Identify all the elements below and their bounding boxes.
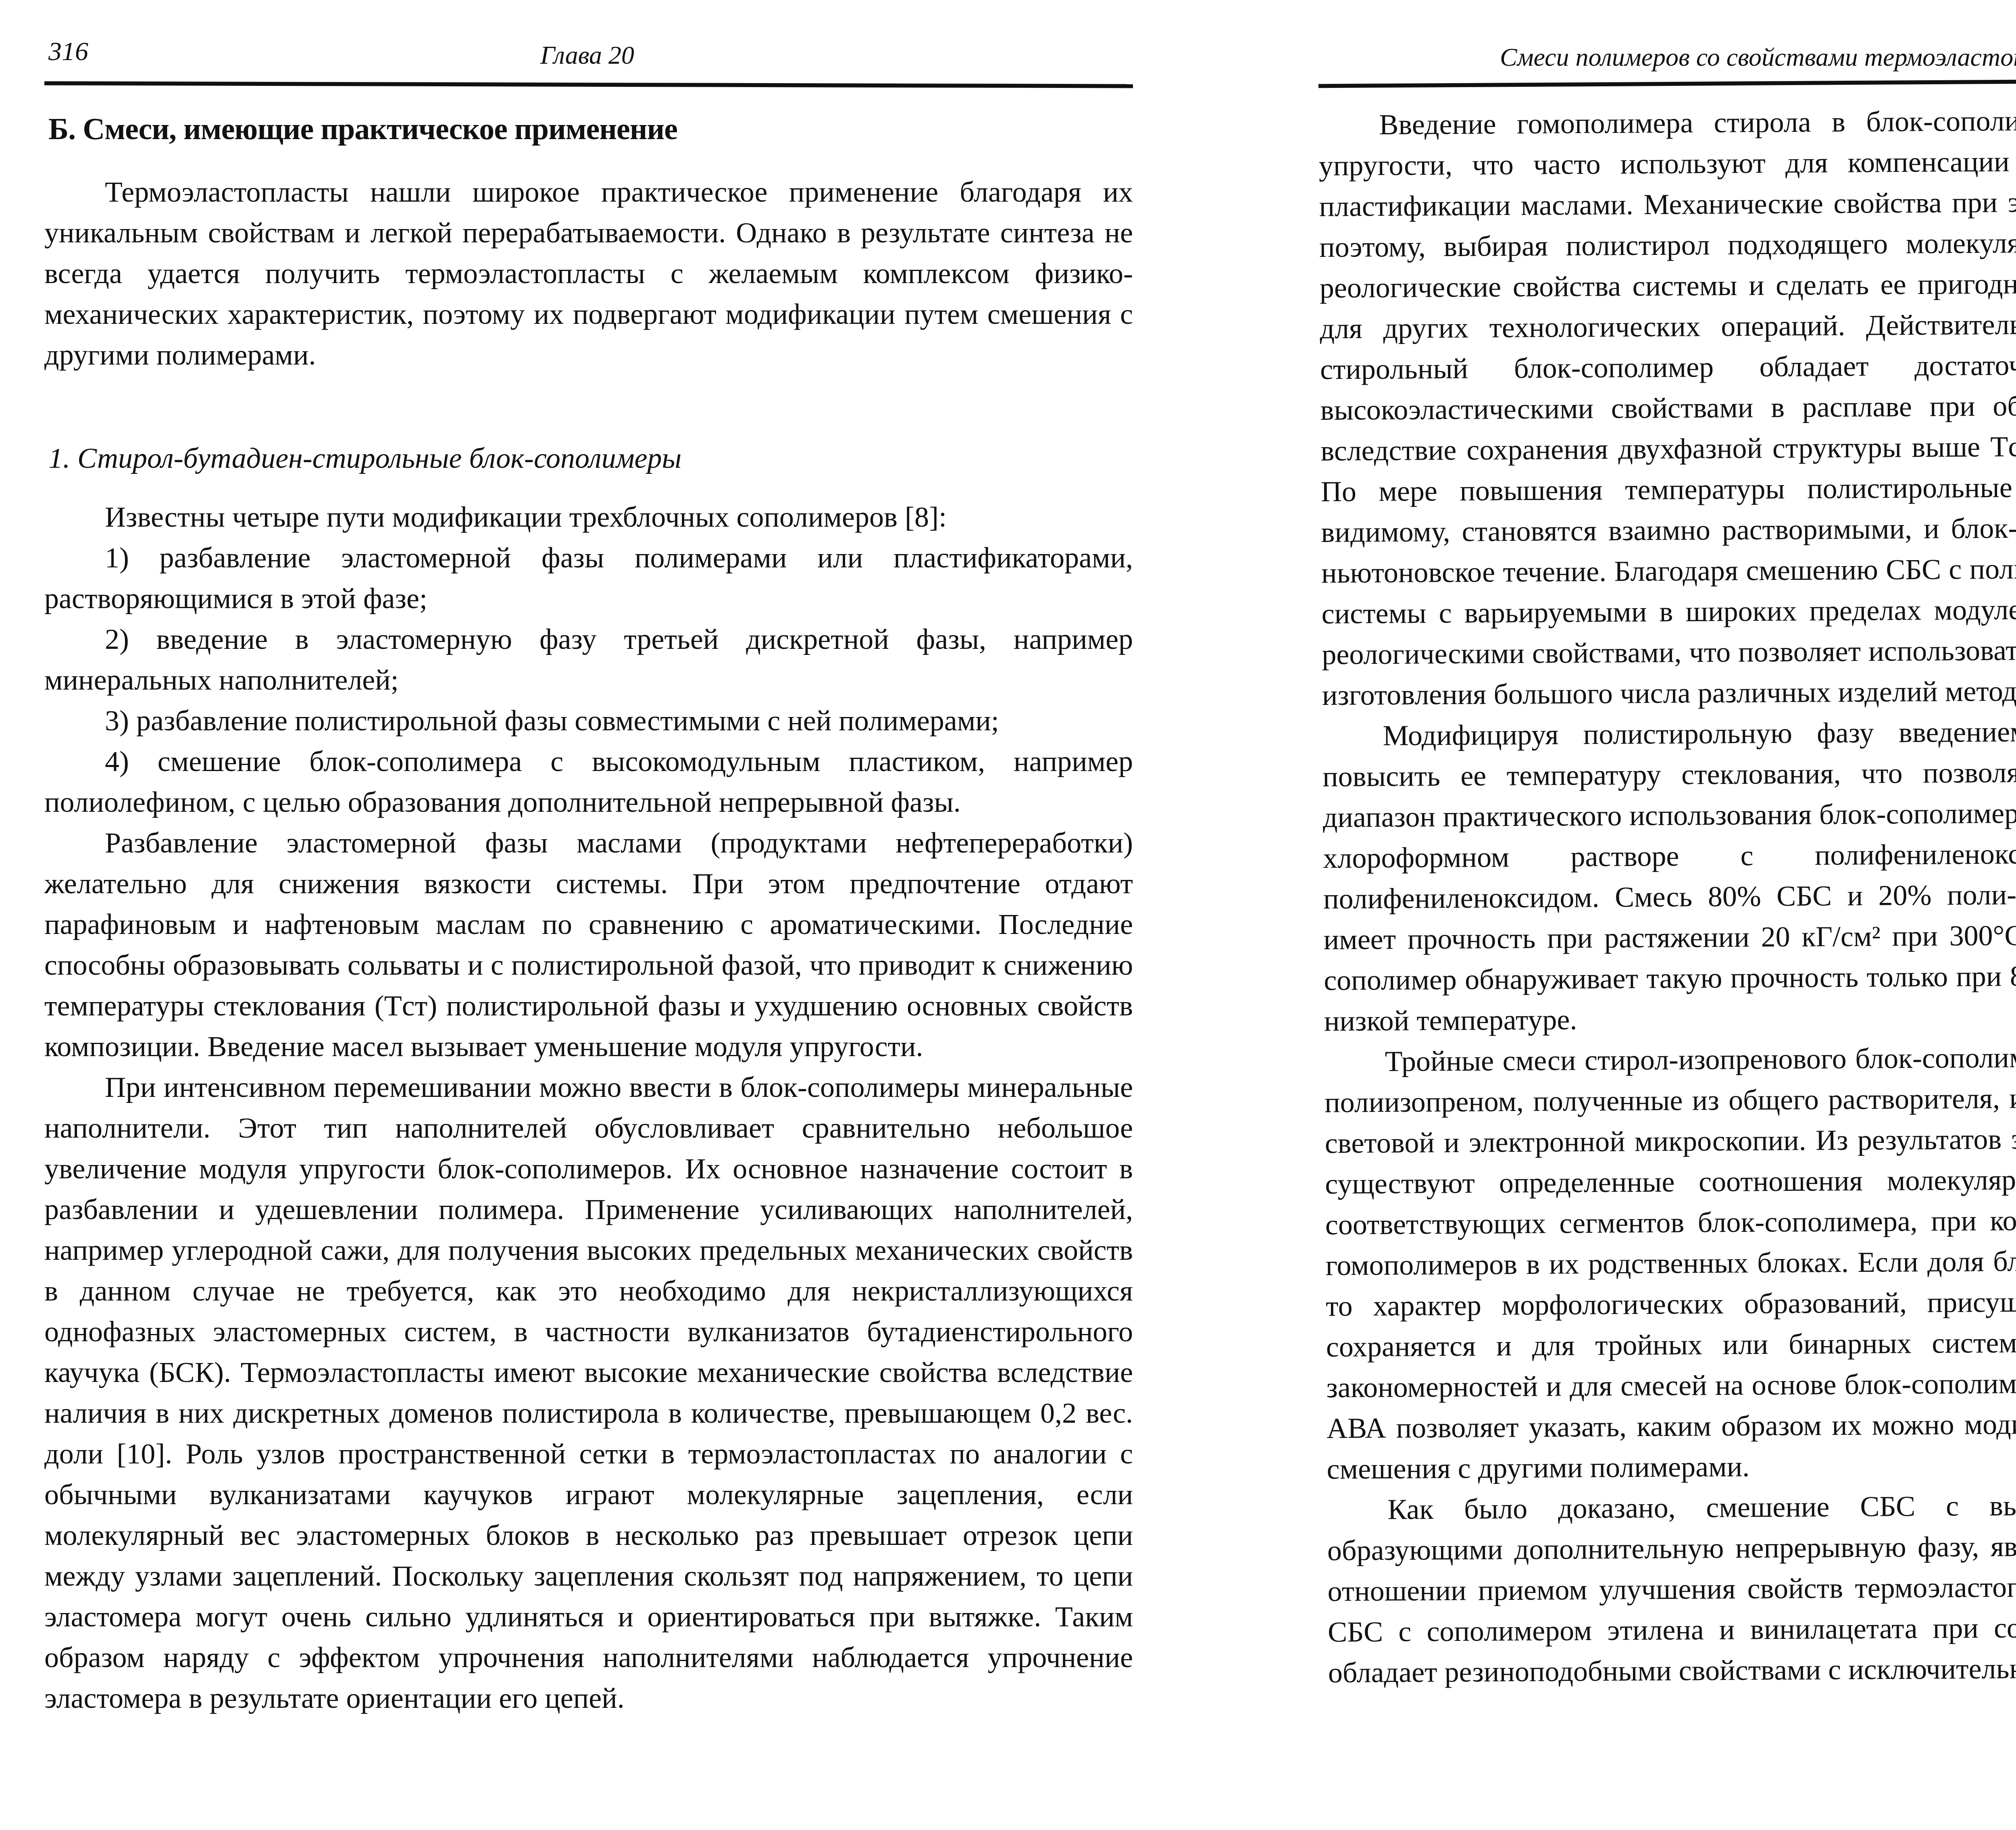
paragraph: При интенсивном перемешивании можно ввес… — [44, 1067, 1133, 1719]
intro-paragraph: Термоэластопласты нашли широкое практиче… — [44, 172, 1133, 375]
subsection-title: 1. Стирол-бутадиен-стирольные блок-сопол… — [48, 438, 1133, 479]
paragraph: Разбавление эластомерной фазы маслами (п… — [44, 823, 1133, 1067]
page-body: Введение гомополимера стирола в блок-соп… — [1318, 98, 2016, 1693]
header-rule — [1318, 77, 2016, 88]
list-item: 1) разбавление эластомерной фазы полимер… — [44, 538, 1133, 619]
page-number: 316 — [48, 36, 88, 67]
running-header: Смеси полимеров со свойствами термоэласт… — [1318, 0, 2016, 81]
list-item: 3) разбавление полистирольной фазы совме… — [44, 700, 1133, 741]
right-page: Смеси полимеров со свойствами термоэласт… — [1318, 0, 2016, 1830]
paragraph: Тройные смеси стирол-изопренового блок-с… — [1324, 1035, 2016, 1489]
section-title: Б. Смеси, имеющие практическое применени… — [48, 109, 1133, 150]
paragraph: Как было доказано, смешение СБС с высоко… — [1327, 1483, 2016, 1693]
list-item: 4) смешение блок-сополимера с высокомоду… — [44, 741, 1133, 823]
paragraph: Известны четыре пути модификации трехбло… — [44, 497, 1133, 538]
paragraph: Модифицируя полистирольную фазу введение… — [1322, 709, 2016, 1041]
running-head-title: Смеси полимеров со свойствами термоэласт… — [1500, 42, 2016, 72]
left-page: 316 Глава 20 Б. Смеси, имеющие практичес… — [44, 0, 1133, 1830]
running-header: 316 Глава 20 — [44, 0, 1133, 81]
running-head-title: Глава 20 — [540, 40, 634, 70]
paragraph: Введение гомополимера стирола в блок-соп… — [1318, 98, 2016, 716]
header-rule — [44, 81, 1133, 88]
page-body: Б. Смеси, имеющие практическое применени… — [44, 109, 1133, 1719]
list-item: 2) введение в эластомерную фазу третьей … — [44, 619, 1133, 700]
